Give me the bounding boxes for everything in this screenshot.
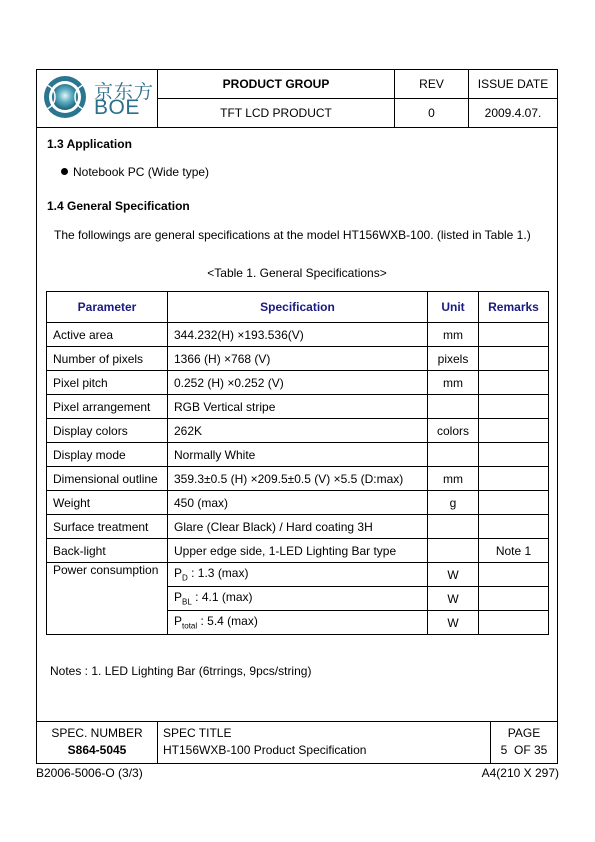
cell-specification: 344.232(H) ×193.536(V) — [168, 323, 428, 347]
spec-number-label: SPEC. NUMBER — [37, 726, 157, 740]
cell-specification: Ptotal : 5.4 (max) — [168, 611, 428, 635]
cell-remarks — [479, 419, 549, 443]
cell-parameter: Power consumption — [47, 563, 168, 635]
cell-remarks — [479, 587, 549, 611]
table-notes: Notes : 1. LED Lighting Bar (6trrings, 9… — [50, 664, 311, 678]
cell-parameter: Display colors — [47, 419, 168, 443]
cell-parameter: Number of pixels — [47, 347, 168, 371]
cell-unit — [428, 515, 479, 539]
cell-unit: W — [428, 563, 479, 587]
cell-remarks — [479, 443, 549, 467]
cell-remarks — [479, 347, 549, 371]
cell-unit: g — [428, 491, 479, 515]
cell-specification: PBL : 4.1 (max) — [168, 587, 428, 611]
document-footer: SPEC. NUMBER S864-5045 SPEC TITLE HT156W… — [37, 721, 557, 764]
power-symbol: P — [174, 566, 182, 580]
cell-unit: W — [428, 611, 479, 635]
power-value: : 1.3 (max) — [188, 566, 249, 580]
cell-specification: 359.3±0.5 (H) ×209.5±0.5 (V) ×5.5 (D:max… — [168, 467, 428, 491]
general-spec-intro: The followings are general specification… — [54, 228, 531, 242]
cell-unit — [428, 539, 479, 563]
cell-remarks: Note 1 — [479, 539, 549, 563]
table-row: Back-lightUpper edge side, 1-LED Lightin… — [47, 539, 549, 563]
power-symbol: P — [174, 590, 182, 604]
spec-number-cell: SPEC. NUMBER S864-5045 — [37, 722, 158, 764]
cell-parameter: Pixel arrangement — [47, 395, 168, 419]
cell-remarks — [479, 515, 549, 539]
column-header-unit: Unit — [428, 292, 479, 323]
cell-unit: pixels — [428, 347, 479, 371]
cell-parameter: Back-light — [47, 539, 168, 563]
power-value: : 5.4 (max) — [197, 614, 258, 628]
table-row: Display colors262Kcolors — [47, 419, 549, 443]
table-header-row: Parameter Specification Unit Remarks — [47, 292, 549, 323]
table-row: Number of pixels1366 (H) ×768 (V)pixels — [47, 347, 549, 371]
application-item-text: Notebook PC (Wide type) — [73, 165, 209, 179]
form-code: B2006-5006-O (3/3) — [36, 766, 143, 780]
cell-unit: mm — [428, 371, 479, 395]
general-spec-table: Parameter Specification Unit Remarks Act… — [46, 291, 549, 635]
product-group-value: TFT LCD PRODUCT — [158, 99, 395, 127]
cell-specification: Normally White — [168, 443, 428, 467]
table-row: Weight450 (max)g — [47, 491, 549, 515]
cell-specification: 262K — [168, 419, 428, 443]
column-header-remarks: Remarks — [479, 292, 549, 323]
column-header-specification: Specification — [168, 292, 428, 323]
application-list-item: Notebook PC (Wide type) — [61, 165, 209, 179]
cell-specification: Glare (Clear Black) / Hard coating 3H — [168, 515, 428, 539]
cell-remarks — [479, 323, 549, 347]
cell-parameter: Display mode — [47, 443, 168, 467]
section-title-general-spec: 1.4 General Specification — [47, 199, 190, 213]
cell-remarks — [479, 395, 549, 419]
table-row: Display modeNormally White — [47, 443, 549, 467]
rev-value: 0 — [395, 99, 469, 127]
paper-size: A4(210 X 297) — [482, 766, 559, 780]
cell-unit: mm — [428, 323, 479, 347]
cell-unit: mm — [428, 467, 479, 491]
cell-remarks — [479, 467, 549, 491]
logo-english-text: BOE — [94, 96, 140, 120]
cell-specification: RGB Vertical stripe — [168, 395, 428, 419]
power-subscript: total — [182, 622, 197, 631]
cell-specification: 0.252 (H) ×0.252 (V) — [168, 371, 428, 395]
table-row: Pixel pitch0.252 (H) ×0.252 (V)mm — [47, 371, 549, 395]
power-value: : 4.1 (max) — [192, 590, 253, 604]
document-page: 京东方 BOE PRODUCT GROUP TFT LCD PRODUCT RE… — [36, 69, 558, 764]
cell-remarks — [479, 611, 549, 635]
table-row: Active area344.232(H) ×193.536(V)mm — [47, 323, 549, 347]
cell-unit: colors — [428, 419, 479, 443]
cell-parameter: Surface treatment — [47, 515, 168, 539]
table-row: Pixel arrangementRGB Vertical stripe — [47, 395, 549, 419]
cell-specification: 450 (max) — [168, 491, 428, 515]
spec-number-value: S864-5045 — [37, 743, 157, 757]
cell-unit: W — [428, 587, 479, 611]
cell-remarks — [479, 563, 549, 587]
table-row: Power consumptionPD : 1.3 (max)W — [47, 563, 549, 587]
section-title-application: 1.3 Application — [47, 137, 132, 151]
spec-title-cell: SPEC TITLE HT156WXB-100 Product Specific… — [158, 722, 491, 764]
table-row: Surface treatmentGlare (Clear Black) / H… — [47, 515, 549, 539]
cell-remarks — [479, 491, 549, 515]
page-cell: PAGE 5 OF 35 — [491, 722, 557, 764]
table-caption: <Table 1. General Specifications> — [37, 266, 557, 280]
product-group-label: PRODUCT GROUP — [158, 70, 395, 99]
table-row: Dimensional outline359.3±0.5 (H) ×209.5±… — [47, 467, 549, 491]
cell-remarks — [479, 371, 549, 395]
power-symbol: P — [174, 614, 182, 628]
cell-unit — [428, 395, 479, 419]
cell-specification: 1366 (H) ×768 (V) — [168, 347, 428, 371]
cell-parameter: Dimensional outline — [47, 467, 168, 491]
spec-title-label: SPEC TITLE — [163, 726, 490, 740]
page-label: PAGE — [491, 726, 557, 740]
issue-date-value: 2009.4.07. — [469, 99, 557, 127]
rev-label: REV — [395, 70, 469, 99]
cell-parameter: Active area — [47, 323, 168, 347]
boe-logo-icon — [43, 75, 87, 119]
company-logo: 京东方 BOE — [37, 70, 158, 127]
page-number: 5 OF 35 — [491, 743, 557, 757]
cell-specification: Upper edge side, 1-LED Lighting Bar type — [168, 539, 428, 563]
power-subscript: BL — [182, 598, 192, 607]
cell-specification: PD : 1.3 (max) — [168, 563, 428, 587]
spec-title-value: HT156WXB-100 Product Specification — [163, 743, 490, 757]
issue-date-label: ISSUE DATE — [469, 70, 557, 99]
bullet-icon — [61, 168, 68, 175]
cell-parameter: Pixel pitch — [47, 371, 168, 395]
document-header: 京东方 BOE PRODUCT GROUP TFT LCD PRODUCT RE… — [37, 70, 557, 128]
cell-parameter: Weight — [47, 491, 168, 515]
column-header-parameter: Parameter — [47, 292, 168, 323]
cell-unit — [428, 443, 479, 467]
